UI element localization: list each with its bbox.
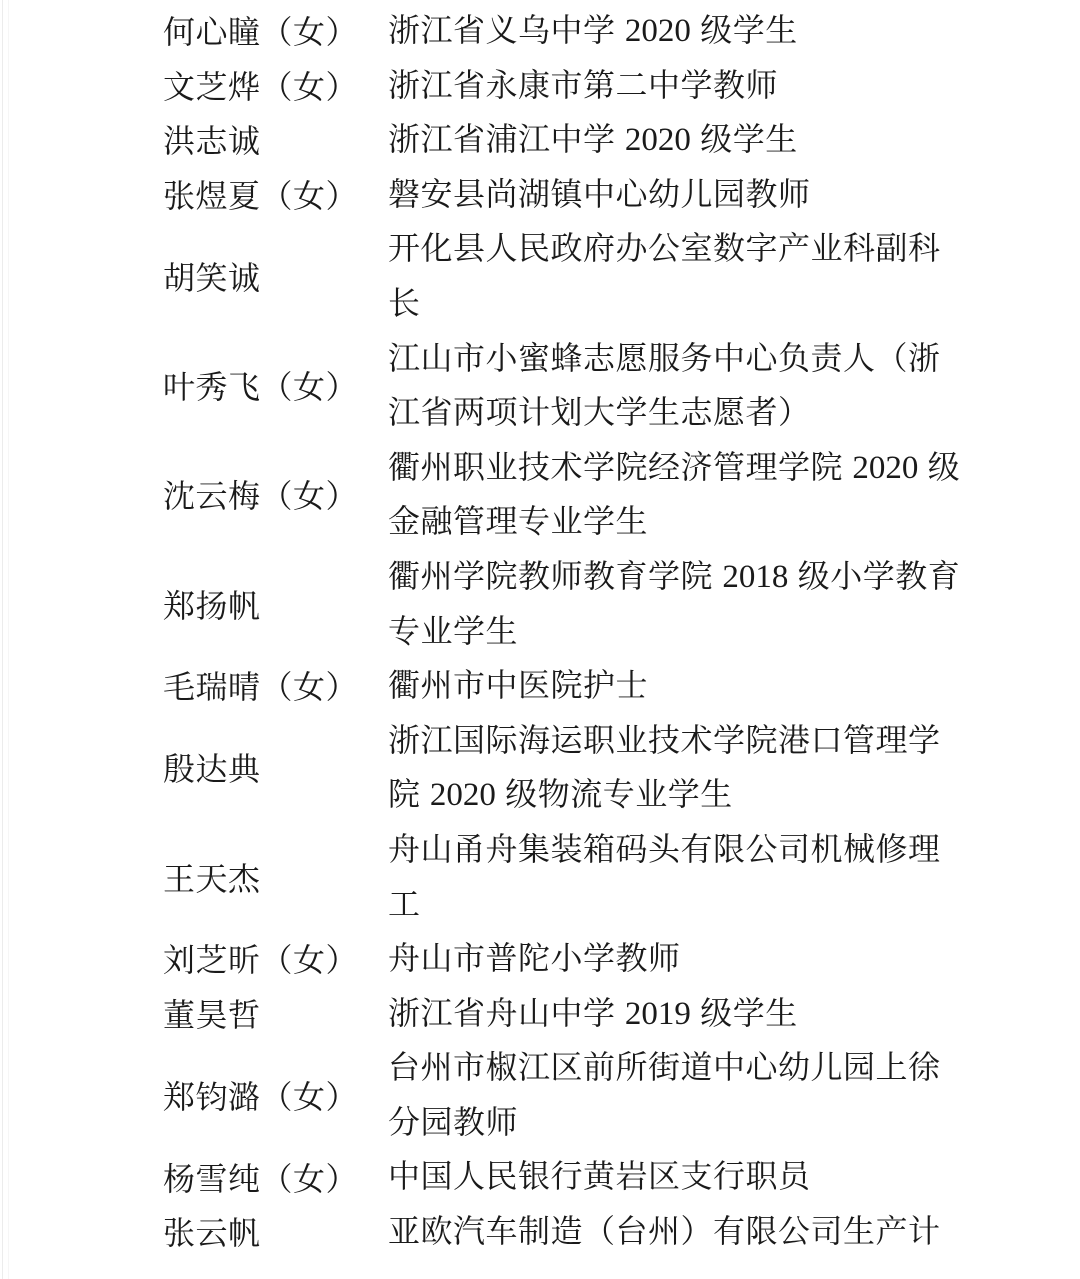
person-description: 浙江国际海运职业技术学院港口管理学院 2020 级物流专业学生 [388,713,1080,822]
person-name: 洪志诚 [163,116,388,162]
person-description: 开化县人民政府办公室数字产业科副科长 [388,221,1080,330]
numeric-text: 2020 [625,13,691,49]
person-description: 亚欧汽车制造（台州）有限公司生产计 [388,1204,1080,1259]
description-line: 浙江省舟山中学 2019 级学生 [388,986,1080,1041]
person-name: 张云帆 [163,1208,388,1254]
description-line: 分园教师 [388,1095,1080,1150]
person-description: 浙江省舟山中学 2019 级学生 [388,986,1080,1041]
person-description: 浙江省义乌中学 2020 级学生 [388,3,1080,58]
description-line: 衢州市中医院护士 [388,658,1080,713]
person-name: 文芝烨（女） [163,62,388,108]
description-line: 院 2020 级物流专业学生 [388,767,1080,822]
page: 何心瞳（女）浙江省义乌中学 2020 级学生文芝烨（女）浙江省永康市第二中学教师… [0,0,1080,1279]
list-item: 洪志诚浙江省浦江中学 2020 级学生 [0,112,1080,167]
list-item: 刘芝昕（女）舟山市普陀小学教师 [0,931,1080,986]
description-line: 亚欧汽车制造（台州）有限公司生产计 [388,1204,1080,1259]
person-name: 董昊哲 [163,990,388,1036]
person-description: 舟山市普陀小学教师 [388,931,1080,986]
list-item: 殷达典浙江国际海运职业技术学院港口管理学院 2020 级物流专业学生 [0,713,1080,822]
person-name: 叶秀飞（女） [163,362,388,408]
description-line: 江省两项计划大学生志愿者） [388,385,1080,440]
person-description: 衢州职业技术学院经济管理学院 2020 级金融管理专业学生 [388,440,1080,549]
numeric-text: 2020 [852,450,918,486]
description-line: 中国人民银行黄岩区支行职员 [388,1149,1080,1204]
numeric-text: 2020 [430,777,496,813]
description-line: 专业学生 [388,604,1080,659]
description-line: 舟山市普陀小学教师 [388,931,1080,986]
person-name: 殷达典 [163,744,388,790]
person-description: 江山市小蜜蜂志愿服务中心负责人（浙江省两项计划大学生志愿者） [388,331,1080,440]
list-item: 何心瞳（女）浙江省义乌中学 2020 级学生 [0,3,1080,58]
description-line: 浙江省义乌中学 2020 级学生 [388,3,1080,58]
list-item: 郑扬帆衢州学院教师教育学院 2018 级小学教育专业学生 [0,549,1080,658]
description-line: 台州市椒江区前所街道中心幼儿园上徐 [388,1040,1080,1095]
list-item: 董昊哲浙江省舟山中学 2019 级学生 [0,986,1080,1041]
description-line: 开化县人民政府办公室数字产业科副科 [388,221,1080,276]
list-item: 胡笑诚开化县人民政府办公室数字产业科副科长 [0,221,1080,330]
list-item: 郑钧潞（女）台州市椒江区前所街道中心幼儿园上徐分园教师 [0,1040,1080,1149]
numeric-text: 2019 [625,996,691,1032]
person-description: 台州市椒江区前所街道中心幼儿园上徐分园教师 [388,1040,1080,1149]
description-line: 衢州学院教师教育学院 2018 级小学教育 [388,549,1080,604]
description-line: 衢州职业技术学院经济管理学院 2020 级 [388,440,1080,495]
description-line: 长 [388,276,1080,331]
person-name: 郑扬帆 [163,581,388,627]
description-line: 舟山甬舟集装箱码头有限公司机械修理 [388,822,1080,877]
description-line: 磐安县尚湖镇中心幼儿园教师 [388,167,1080,222]
person-name: 刘芝昕（女） [163,935,388,981]
person-description: 磐安县尚湖镇中心幼儿园教师 [388,167,1080,222]
person-name: 郑钧潞（女） [163,1072,388,1118]
person-name: 沈云梅（女） [163,471,388,517]
person-description: 中国人民银行黄岩区支行职员 [388,1149,1080,1204]
person-name: 王天杰 [163,854,388,900]
list-item: 毛瑞晴（女）衢州市中医院护士 [0,658,1080,713]
list-item: 杨雪纯（女）中国人民银行黄岩区支行职员 [0,1149,1080,1204]
list-item: 王天杰舟山甬舟集装箱码头有限公司机械修理工 [0,822,1080,931]
description-line: 金融管理专业学生 [388,494,1080,549]
description-line: 浙江省永康市第二中学教师 [388,58,1080,113]
list-item: 沈云梅（女）衢州职业技术学院经济管理学院 2020 级金融管理专业学生 [0,440,1080,549]
person-name: 杨雪纯（女） [163,1154,388,1200]
person-description: 浙江省浦江中学 2020 级学生 [388,112,1080,167]
list-item: 文芝烨（女）浙江省永康市第二中学教师 [0,58,1080,113]
person-description: 衢州市中医院护士 [388,658,1080,713]
honoree-list: 何心瞳（女）浙江省义乌中学 2020 级学生文芝烨（女）浙江省永康市第二中学教师… [0,3,1080,1259]
list-item: 张云帆亚欧汽车制造（台州）有限公司生产计 [0,1204,1080,1259]
person-description: 衢州学院教师教育学院 2018 级小学教育专业学生 [388,549,1080,658]
description-line: 浙江省浦江中学 2020 级学生 [388,112,1080,167]
list-item: 张煜夏（女）磐安县尚湖镇中心幼儿园教师 [0,167,1080,222]
person-description: 浙江省永康市第二中学教师 [388,58,1080,113]
description-line: 工 [388,877,1080,932]
description-line: 江山市小蜜蜂志愿服务中心负责人（浙 [388,331,1080,386]
numeric-text: 2020 [625,122,691,158]
numeric-text: 2018 [722,559,788,595]
person-name: 胡笑诚 [163,253,388,299]
person-name: 毛瑞晴（女） [163,662,388,708]
description-line: 浙江国际海运职业技术学院港口管理学 [388,713,1080,768]
person-name: 张煜夏（女） [163,171,388,217]
person-name: 何心瞳（女） [163,7,388,53]
person-description: 舟山甬舟集装箱码头有限公司机械修理工 [388,822,1080,931]
list-item: 叶秀飞（女）江山市小蜜蜂志愿服务中心负责人（浙江省两项计划大学生志愿者） [0,331,1080,440]
